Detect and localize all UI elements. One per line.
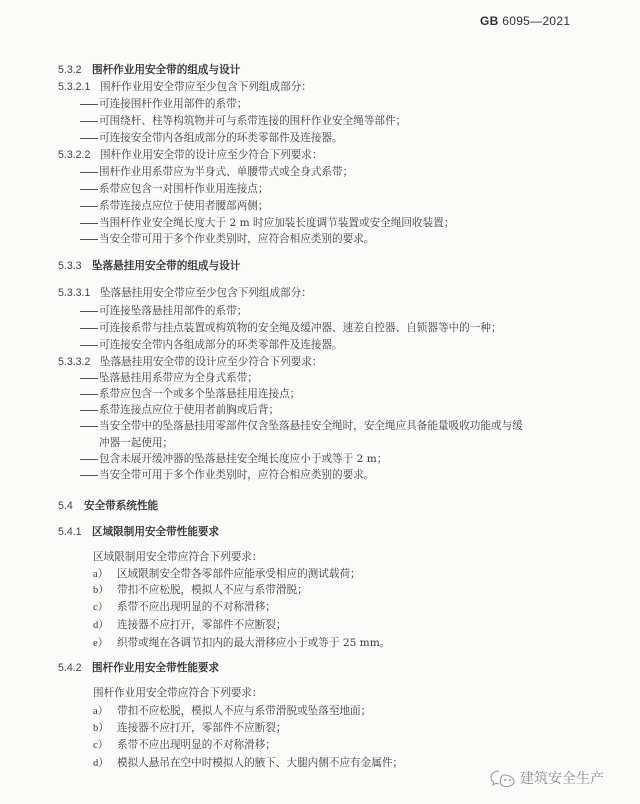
clause-5-3-2-2: 5.3.2.2围杆作业用安全带的设计应至少符合下列要求： (58, 148, 322, 162)
list-item: 可连接安全带内各组成部分的环类零部件及连接器。 (80, 131, 343, 145)
intro-text: 区域限制用安全带应符合下列要求： (93, 550, 263, 564)
dash-marker (80, 311, 98, 312)
list-item: b）带扣不应松脱，模拟人不应与系带滑脱； (93, 583, 308, 598)
dash-marker (80, 239, 98, 240)
list-item: 当围杆作业安全绳长度大于 2 m 时应加装长度调节装置或安全绳回收装置； (80, 216, 454, 230)
list-item: a）带扣不应松脱，模拟人不应与系带滑脱或坠落至地面； (93, 704, 371, 719)
list-item: 系带连接点应位于使用者腰部两侧； (80, 199, 269, 213)
section-heading-5-3-2: 5.3.2围杆作业用安全带的组成与设计 (58, 63, 240, 77)
dash-marker (80, 104, 98, 105)
dash-marker (80, 475, 98, 476)
dash-marker (80, 121, 98, 122)
watermark-text: 建筑安全生产 (520, 768, 604, 788)
list-item: 围杆作业用系带应为半身式、单腰带式或全身式系带； (80, 165, 353, 179)
section-heading-5-4-1: 5.4.1区域限制用安全带性能要求 (58, 525, 219, 539)
clause-5-3-3-2: 5.3.3.2坠落悬挂用安全带的设计应至少符合下列要求： (58, 355, 322, 369)
dash-marker (80, 378, 98, 379)
dash-marker (80, 410, 98, 411)
list-item-continuation: 冲器一起使用； (99, 436, 173, 450)
clause-5-3-2-1: 5.3.2.1围杆作业用安全带应至少包含下列组成部分： (58, 80, 312, 94)
list-item: c）系带不应出现明显的不对称滑移； (93, 600, 276, 615)
dash-marker (80, 426, 98, 427)
list-item: 可连接安全带内各组成部分的环类零部件及连接器。 (80, 338, 343, 352)
section-heading-5-4: 5.4安全带系统性能 (58, 499, 158, 513)
list-item: 当安全带中的坠落悬挂用零部件仅含坠落悬挂安全绳时，安全绳应具备能量吸收功能或与缓 (80, 419, 523, 433)
list-item: 当安全带可用于多个作业类别时，应符合相应类别的要求。 (80, 232, 374, 246)
dash-marker (80, 206, 98, 207)
dash-marker (80, 172, 98, 173)
dash-marker (80, 394, 98, 395)
list-item: 可连接围杆作业用部件的系带； (80, 97, 247, 111)
dash-marker (80, 138, 98, 139)
standard-prefix: GB (480, 14, 499, 28)
dash-marker (80, 328, 98, 329)
clause-5-3-3-1: 5.3.3.1坠落悬挂用安全带应至少包含下列组成部分： (58, 286, 312, 300)
dash-marker (80, 223, 98, 224)
document-page: GB 6095—2021 5.3.2围杆作业用安全带的组成与设计 5.3.2.1… (0, 0, 640, 804)
list-item: b）连接器不应打开，零部件不应断裂； (93, 721, 287, 736)
list-item: 系带应包含一个或多个坠落悬挂用连接点； (80, 387, 300, 401)
list-item: 可连接坠落悬挂用部件的系带； (80, 304, 247, 318)
list-item: d）模拟人悬吊在空中时模拟人的腋下、大腿内侧不应有金属件； (93, 756, 403, 771)
list-item: 可围绕杆、柱等构筑物并可与系带连接的围杆作业安全绳等部件； (80, 114, 406, 128)
section-heading-5-4-2: 5.4.2围杆作业用安全带性能要求 (58, 661, 219, 675)
dash-marker (80, 459, 98, 460)
watermark: 建筑安全生产 (490, 768, 604, 788)
list-item: e）织带或绳在各调节扣内的最大滑移应小于或等于 25 mm。 (93, 636, 390, 651)
list-item: 当安全带可用于多个作业类别时，应符合相应类别的要求。 (80, 468, 374, 482)
list-item: 包含未展开缓冲器的坠落悬挂安全绳长度应小于或等于 2 m； (80, 452, 387, 466)
dash-marker (80, 189, 98, 190)
dash-marker (80, 345, 98, 346)
list-item: c）系带不应出现明显的不对称滑移； (93, 738, 276, 753)
list-item: 系带应包含一对围杆作业用连接点； (80, 182, 269, 196)
standard-number: 6095—2021 (502, 14, 570, 28)
list-item: a）区域限制安全带各零部件应能承受相应的测试载荷； (93, 567, 361, 582)
list-item: 可连接系带与挂点装置或构筑物的安全绳及缓冲器、速差自控器、自锁器等中的一种； (80, 321, 502, 335)
list-item: 坠落悬挂用系带应为全身式系带； (80, 371, 258, 385)
section-heading-5-3-3: 5.3.3坠落悬挂用安全带的组成与设计 (58, 259, 240, 273)
standard-number-header: GB 6095—2021 (480, 14, 570, 28)
wechat-icon (490, 768, 516, 788)
intro-text: 围杆作业用安全带应符合下列要求： (93, 686, 263, 700)
list-item: 系带连接点应位于使用者前胸或后背； (80, 403, 279, 417)
list-item: d）连接器不应打开，零部件不应断裂； (93, 618, 287, 633)
